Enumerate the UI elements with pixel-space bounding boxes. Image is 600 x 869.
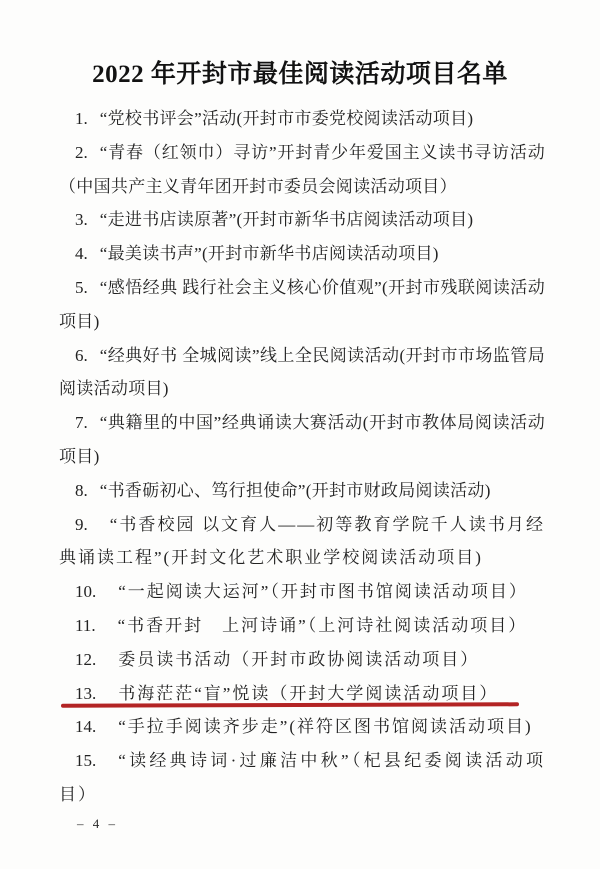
highlight-underline bbox=[61, 702, 519, 707]
item-text: “青春（红领巾）寻访”开封青少年爱国主义读书寻访活动（中国共产主义青年团开封市委… bbox=[59, 143, 545, 196]
item-number: 6. bbox=[75, 339, 88, 373]
item-number: 1. bbox=[75, 102, 88, 136]
item-number: 7. bbox=[75, 406, 88, 440]
item-text: “党校书评会”活动(开封市市委党校阅读活动项目) bbox=[100, 109, 474, 128]
item-text: “手拉手阅读齐步走”(祥符区图书馆阅读活动项目) bbox=[118, 717, 532, 736]
item-number: 4. bbox=[75, 237, 88, 271]
item-number: 10. bbox=[75, 575, 96, 609]
item-text: 书海茫茫“盲”悦读（开封大学阅读活动项目） bbox=[118, 684, 498, 703]
item-number: 9. bbox=[75, 508, 88, 542]
list-item: 14.“手拉手阅读齐步走”(祥符区图书馆阅读活动项目) bbox=[59, 710, 545, 744]
reading-project-list: 1.“党校书评会”活动(开封市市委党校阅读活动项目) 2.“青春（红领巾）寻访”… bbox=[59, 102, 545, 812]
item-text: “走进书店读原著”(开封市新华书店阅读活动项目) bbox=[100, 210, 474, 229]
page-number: – 4 – bbox=[77, 816, 118, 832]
list-item: 9.“书香校园 以文育人——初等教育学院千人读书月经典诵读工程”(开封文化艺术职… bbox=[59, 508, 545, 576]
item-number: 2. bbox=[75, 136, 88, 170]
list-item: 15.“读经典诗词·过廉洁中秋”（杞县纪委阅读活动项目） bbox=[59, 744, 545, 812]
list-item: 3.“走进书店读原著”(开封市新华书店阅读活动项目) bbox=[59, 203, 545, 237]
item-text: “感悟经典 践行社会主义核心价值观”(开封市残联阅读活动项目) bbox=[59, 278, 545, 331]
list-item: 7.“典籍里的中国”经典诵读大赛活动(开封市教体局阅读活动项目) bbox=[59, 406, 545, 474]
list-item: 13.书海茫茫“盲”悦读（开封大学阅读活动项目） bbox=[59, 677, 545, 711]
item-number: 5. bbox=[75, 271, 88, 305]
item-text: “书香砺初心、笃行担使命”(开封市财政局阅读活动) bbox=[100, 481, 491, 500]
list-item: 2.“青春（红领巾）寻访”开封青少年爱国主义读书寻访活动（中国共产主义青年团开封… bbox=[59, 136, 545, 204]
item-number: 3. bbox=[75, 203, 88, 237]
page-title: 2022 年开封市最佳阅读活动项目名单 bbox=[0, 0, 600, 90]
list-item: 12.委员读书活动（开封市政协阅读活动项目） bbox=[59, 643, 545, 677]
list-item: 8.“书香砺初心、笃行担使命”(开封市财政局阅读活动) bbox=[59, 474, 545, 508]
item-number: 15. bbox=[75, 744, 96, 778]
item-text: “一起阅读大运河”（开封市图书馆阅读活动项目） bbox=[118, 582, 528, 601]
item-text: “读经典诗词·过廉洁中秋”（杞县纪委阅读活动项目） bbox=[59, 751, 545, 804]
item-text: “最美读书声”(开封市新华书店阅读活动项目) bbox=[100, 244, 439, 263]
item-number: 8. bbox=[75, 474, 88, 508]
item-number: 12. bbox=[75, 643, 96, 677]
item-text: “经典好书 全城阅读”线上全民阅读活动(开封市市场监管局阅读活动项目) bbox=[59, 346, 545, 399]
item-number: 14. bbox=[75, 710, 96, 744]
list-item: 6.“经典好书 全城阅读”线上全民阅读活动(开封市市场监管局阅读活动项目) bbox=[59, 339, 545, 407]
list-item: 1.“党校书评会”活动(开封市市委党校阅读活动项目) bbox=[59, 102, 545, 136]
item-text: “书香校园 以文育人——初等教育学院千人读书月经典诵读工程”(开封文化艺术职业学… bbox=[59, 515, 545, 568]
list-item: 10.“一起阅读大运河”（开封市图书馆阅读活动项目） bbox=[59, 575, 545, 609]
item-number: 11. bbox=[75, 609, 96, 643]
list-item: 5.“感悟经典 践行社会主义核心价值观”(开封市残联阅读活动项目) bbox=[59, 271, 545, 339]
item-text: “书香开封 上河诗诵”（上河诗社阅读活动项目） bbox=[118, 616, 528, 635]
list-item: 4.“最美读书声”(开封市新华书店阅读活动项目) bbox=[59, 237, 545, 271]
list-item: 11.“书香开封 上河诗诵”（上河诗社阅读活动项目） bbox=[59, 609, 545, 643]
item-text: 委员读书活动（开封市政协阅读活动项目） bbox=[118, 650, 479, 669]
scanned-document-page: 2022 年开封市最佳阅读活动项目名单 1.“党校书评会”活动(开封市市委党校阅… bbox=[0, 0, 600, 869]
item-text: “典籍里的中国”经典诵读大赛活动(开封市教体局阅读活动项目) bbox=[59, 413, 545, 466]
